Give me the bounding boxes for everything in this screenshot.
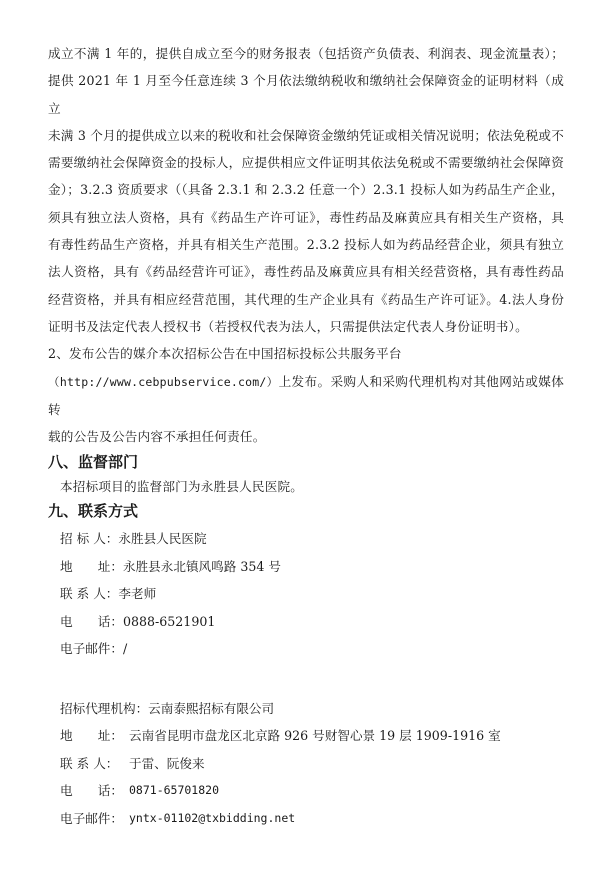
media-line: 2、发布公告的媒介本次招标公告在中国招标投标公共服务平台 <box>48 340 564 367</box>
contact-label: 电 话： <box>60 777 129 805</box>
section-heading-contact: 九、联系方式 <box>48 499 564 523</box>
contact-row-email: 电子邮件： / <box>60 635 564 663</box>
contact-label: 电子邮件： <box>60 805 129 833</box>
body-line: 金）；3.2.3 资质要求（（具备 2.3.1 和 2.3.2 任意一个）2.3… <box>48 176 564 203</box>
contact-label: 联 系 人： <box>60 750 129 778</box>
contact-value: 0871-65701820 <box>129 777 219 805</box>
agency-name-row: 招标代理机构： 云南泰熙招标有限公司 <box>60 695 564 723</box>
body-line: 未满 3 个月的提供成立以来的税收和社会保障资金缴纳凭证或相关情况说明；依法免税… <box>48 122 564 149</box>
contact-label: 地 址： <box>60 722 129 750</box>
body-line: 须具有独立法人资格，具有《药品生产许可证》，毒性药品及麻黄应具有相关生产资格，具 <box>48 204 564 231</box>
contact-label: 电子邮件： <box>60 635 123 663</box>
contact-value: 李老师 <box>118 580 156 608</box>
contact-label: 招 标 人： <box>60 525 118 553</box>
section-heading-supervision: 八、监督部门 <box>48 450 564 474</box>
body-line: 成立不满 1 年的，提供自成立至今的财务报表（包括资产负债表、利润表、现金流量表… <box>48 40 564 67</box>
contact-value: 0888-6521901 <box>123 608 215 636</box>
agency-row-phone: 电 话： 0871-65701820 <box>60 777 564 805</box>
contact-label: 电 话： <box>60 608 123 636</box>
contact-row-address: 地 址： 永胜县永北镇风鸣路 354 号 <box>60 553 564 581</box>
agency-label: 招标代理机构： <box>60 695 148 723</box>
agency-name: 云南泰熙招标有限公司 <box>148 695 274 723</box>
media-url-line: （http://www.cebpubservice.com/）上发布。采购人和采… <box>48 368 564 424</box>
contact-value: 于雷、阮俊来 <box>129 750 205 778</box>
agency-email-link[interactable]: yntx-01102@txbidding.net <box>129 805 295 833</box>
body-line: 需要缴纳社会保障资金的投标人，应提供相应文件证明其依法免税或不需要缴纳社会保障资 <box>48 149 564 176</box>
contact-value: 云南省昆明市盘龙区北京路 926 号财智心景 19 层 1909-1916 室 <box>129 722 501 750</box>
agency-row-person: 联 系 人： 于雷、阮俊来 <box>60 750 564 778</box>
body-line: 法人资格，具有《药品经营许可证》，毒性药品及麻黄应具有相关经营资格，具有毒性药品 <box>48 258 564 285</box>
contact-value: 永胜县永北镇风鸣路 354 号 <box>123 553 281 581</box>
contact-row-person: 联 系 人： 李老师 <box>60 580 564 608</box>
contact-value: 永胜县人民医院 <box>118 525 206 553</box>
body-line: 提供 2021 年 1 月至今任意连续 3 个月依法缴纳税收和缴纳社会保障资金的… <box>48 67 564 122</box>
media-line: 载的公告及公告内容不承担任何责任。 <box>48 423 564 450</box>
document-page: 成立不满 1 年的，提供自成立至今的财务报表（包括资产负债表、利润表、现金流量表… <box>48 40 564 832</box>
media-url-link[interactable]: （http://www.cebpubservice.com/） <box>48 375 279 389</box>
body-line: 经营资格，并具有相应经营范围，其代理的生产企业具有《药品生产许可证》。4.法人身… <box>48 286 564 313</box>
agency-row-address: 地 址： 云南省昆明市盘龙区北京路 926 号财智心景 19 层 1909-19… <box>60 722 564 750</box>
contact-row-tenderer: 招 标 人： 永胜县人民医院 <box>60 525 564 553</box>
tenderer-contact-block: 招 标 人： 永胜县人民医院 地 址： 永胜县永北镇风鸣路 354 号 联 系 … <box>48 525 564 832</box>
body-line: 有毒性药品生产资格，并具有相关生产范围。2.3.2 投标人如为药品经营企业，须具… <box>48 231 564 258</box>
blank-line <box>60 663 564 695</box>
body-line: 证明书及法定代表人授权书（若授权代表为法人，只需提供法定代表人身份证明书）。 <box>48 313 564 340</box>
contact-label: 地 址： <box>60 553 123 581</box>
agency-row-email: 电子邮件： yntx-01102@txbidding.net <box>60 805 564 833</box>
contact-value: / <box>123 635 127 663</box>
supervision-text: 本招标项目的监督部门为永胜县人民医院。 <box>48 474 564 499</box>
contact-row-phone: 电 话： 0888-6521901 <box>60 608 564 636</box>
contact-label: 联 系 人： <box>60 580 118 608</box>
